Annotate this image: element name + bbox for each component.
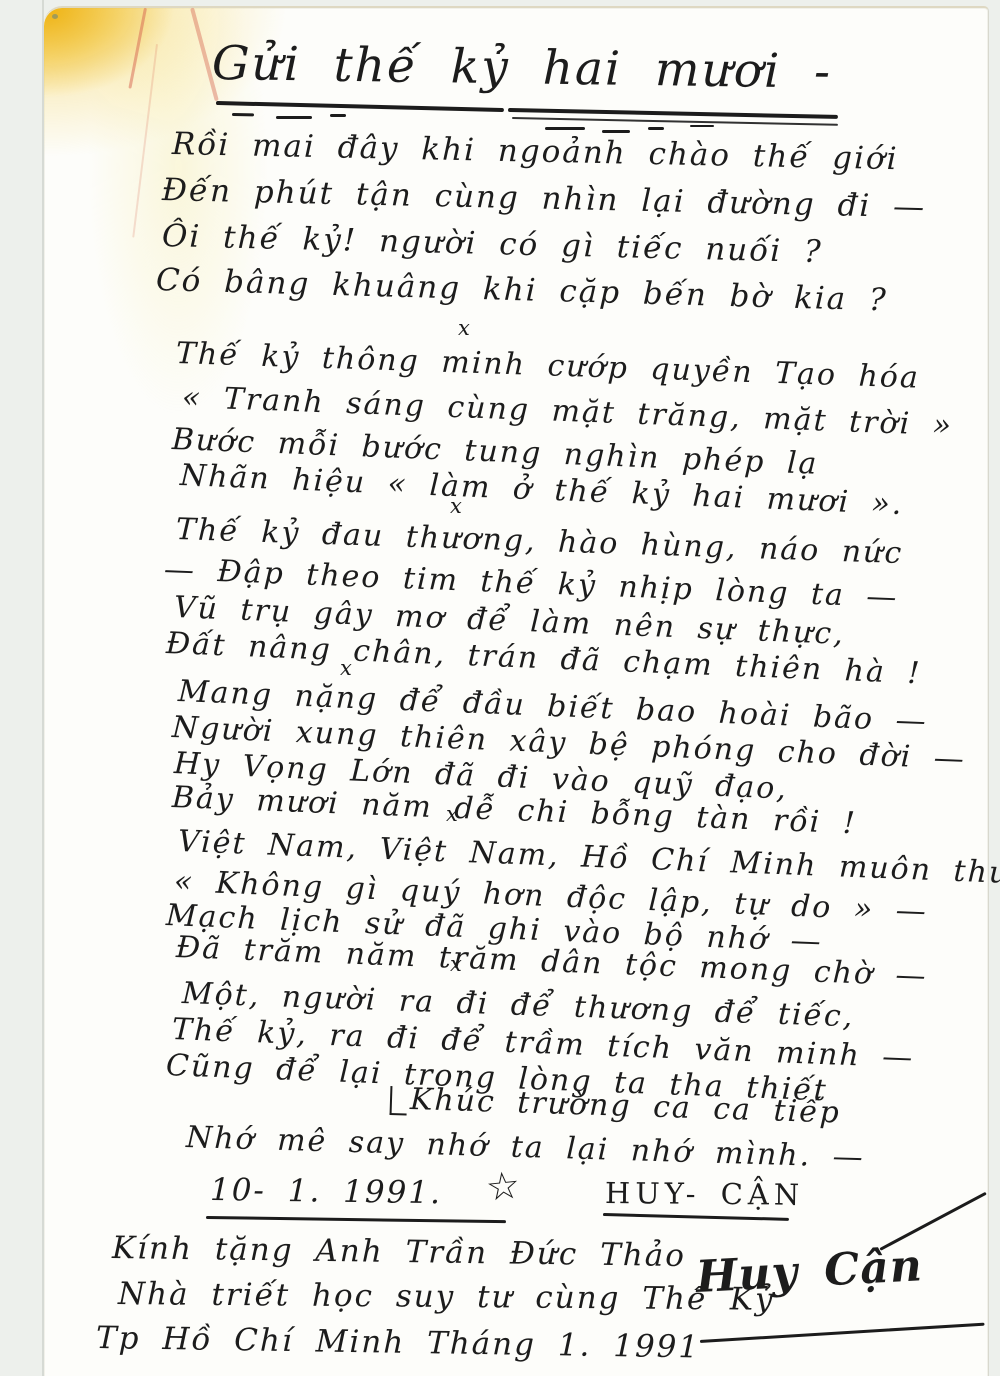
scanned-page: Gửi thế kỷ hai mươi - Rồi mai đây khi ng…	[0, 0, 1000, 1376]
title-underline-dash	[545, 127, 585, 130]
stanza-mark: x	[450, 952, 464, 976]
title-underline-dash	[232, 113, 254, 116]
red-pen-mark	[132, 44, 158, 238]
title-underline-dash	[648, 127, 664, 130]
dedication-line: Nhà triết học suy tư cùng Thế Kỷ	[118, 1276, 775, 1318]
stanza-mark: x	[458, 316, 472, 340]
continuation-bracket	[390, 1086, 408, 1116]
title-underline-dash	[602, 130, 630, 133]
stanza-mark: x	[446, 802, 460, 826]
stanza-mark: x	[450, 494, 464, 518]
poem-date: 10- 1. 1991.	[210, 1172, 442, 1211]
title-underline-dash	[276, 116, 312, 119]
title-underline-dash	[330, 114, 346, 117]
author-name: HUY- CẬN	[605, 1176, 805, 1212]
stanza-mark: x	[340, 656, 354, 680]
star-icon: ☆	[484, 1163, 522, 1210]
poem-title: Gửi thế kỷ hai mươi -	[212, 36, 833, 100]
red-pen-mark	[128, 8, 147, 89]
title-underline-dash	[690, 125, 714, 127]
corner-speck	[52, 14, 58, 19]
